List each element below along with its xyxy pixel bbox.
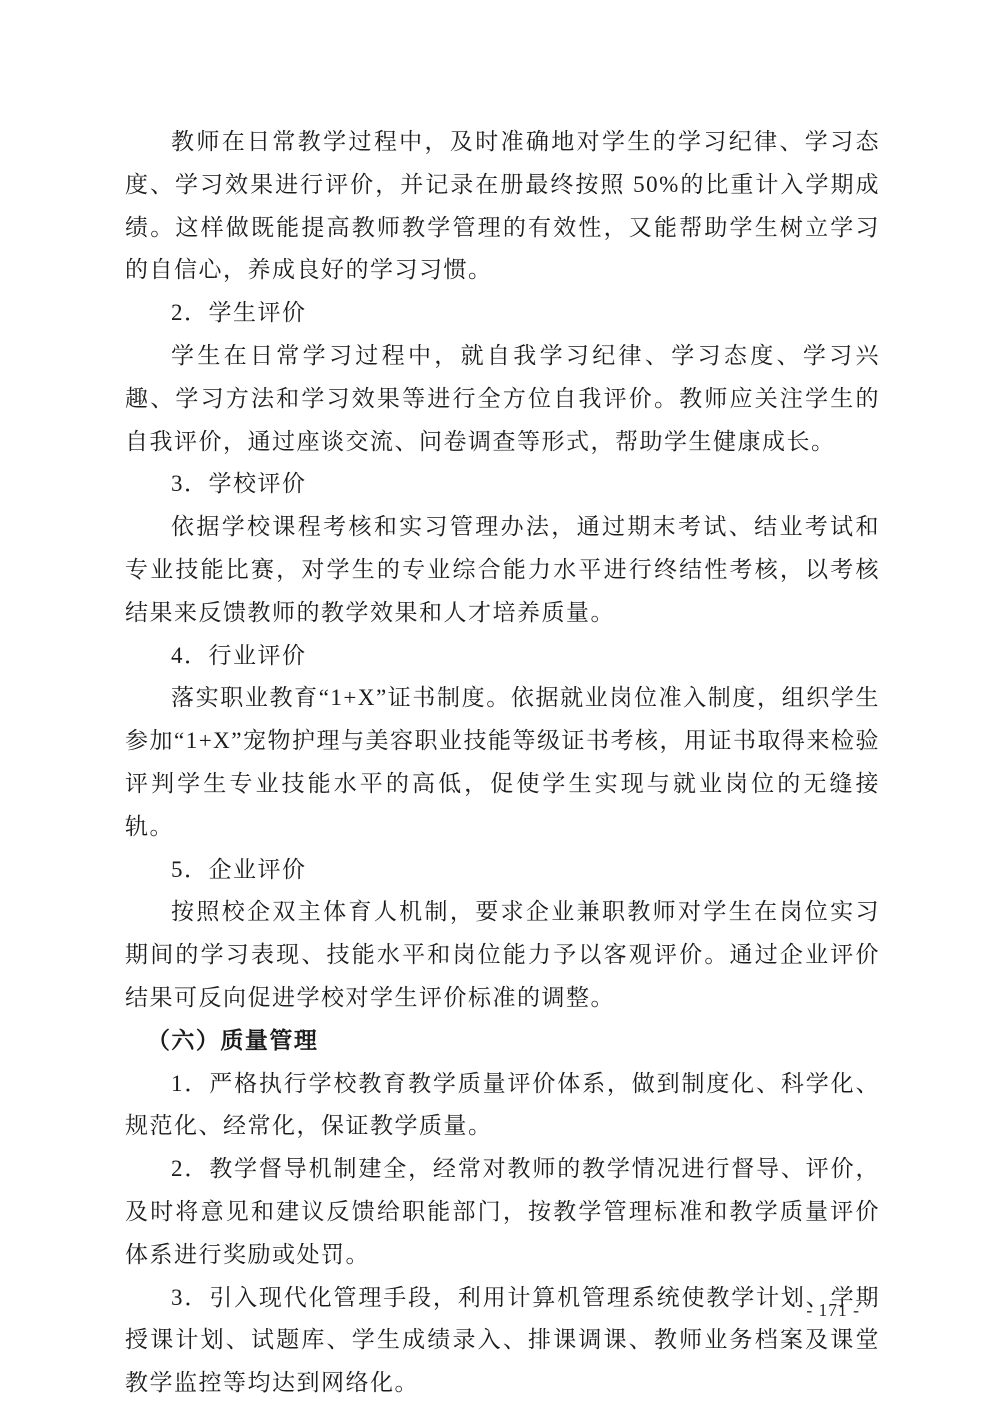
para-quality-management-3: 3．引入现代化管理手段，利用计算机管理系统使教学计划、学期授课计划、试题库、学生… [125, 1277, 880, 1405]
para-teacher-evaluation: 教师在日常教学过程中，及时准确地对学生的学习纪律、学习态度、学习效果进行评价，并… [125, 121, 880, 292]
para-school-evaluation: 依据学校课程考核和实习管理办法，通过期末考试、结业考试和专业技能比赛，对学生的专… [125, 506, 880, 634]
para-industry-evaluation: 落实职业教育“1+X”证书制度。依据就业岗位准入制度，组织学生参加“1+X”宠物… [125, 677, 880, 848]
para-enterprise-evaluation: 按照校企双主体育人机制，要求企业兼职教师对学生在岗位实习期间的学习表现、技能水平… [125, 891, 880, 1019]
heading-quality-management: （六）质量管理 [125, 1020, 880, 1063]
heading-enterprise-evaluation: 5．企业评价 [125, 849, 880, 892]
para-student-evaluation: 学生在日常学习过程中，就自我学习纪律、学习态度、学习兴趣、学习方法和学习效果等进… [125, 335, 880, 463]
document-page: 教师在日常教学过程中，及时准确地对学生的学习纪律、学习态度、学习效果进行评价，并… [0, 0, 1000, 1414]
heading-school-evaluation: 3．学校评价 [125, 463, 880, 506]
page-number: - 171 - [806, 1300, 860, 1321]
para-quality-management-1: 1．严格执行学校教育教学质量评价体系，做到制度化、科学化、规范化、经常化，保证教… [125, 1063, 880, 1149]
para-quality-management-2: 2．教学督导机制建全，经常对教师的教学情况进行督导、评价，及时将意见和建议反馈给… [125, 1148, 880, 1276]
heading-student-evaluation: 2．学生评价 [125, 292, 880, 335]
heading-industry-evaluation: 4．行业评价 [125, 635, 880, 678]
document-body: 教师在日常教学过程中，及时准确地对学生的学习纪律、学习态度、学习效果进行评价，并… [125, 121, 880, 1405]
